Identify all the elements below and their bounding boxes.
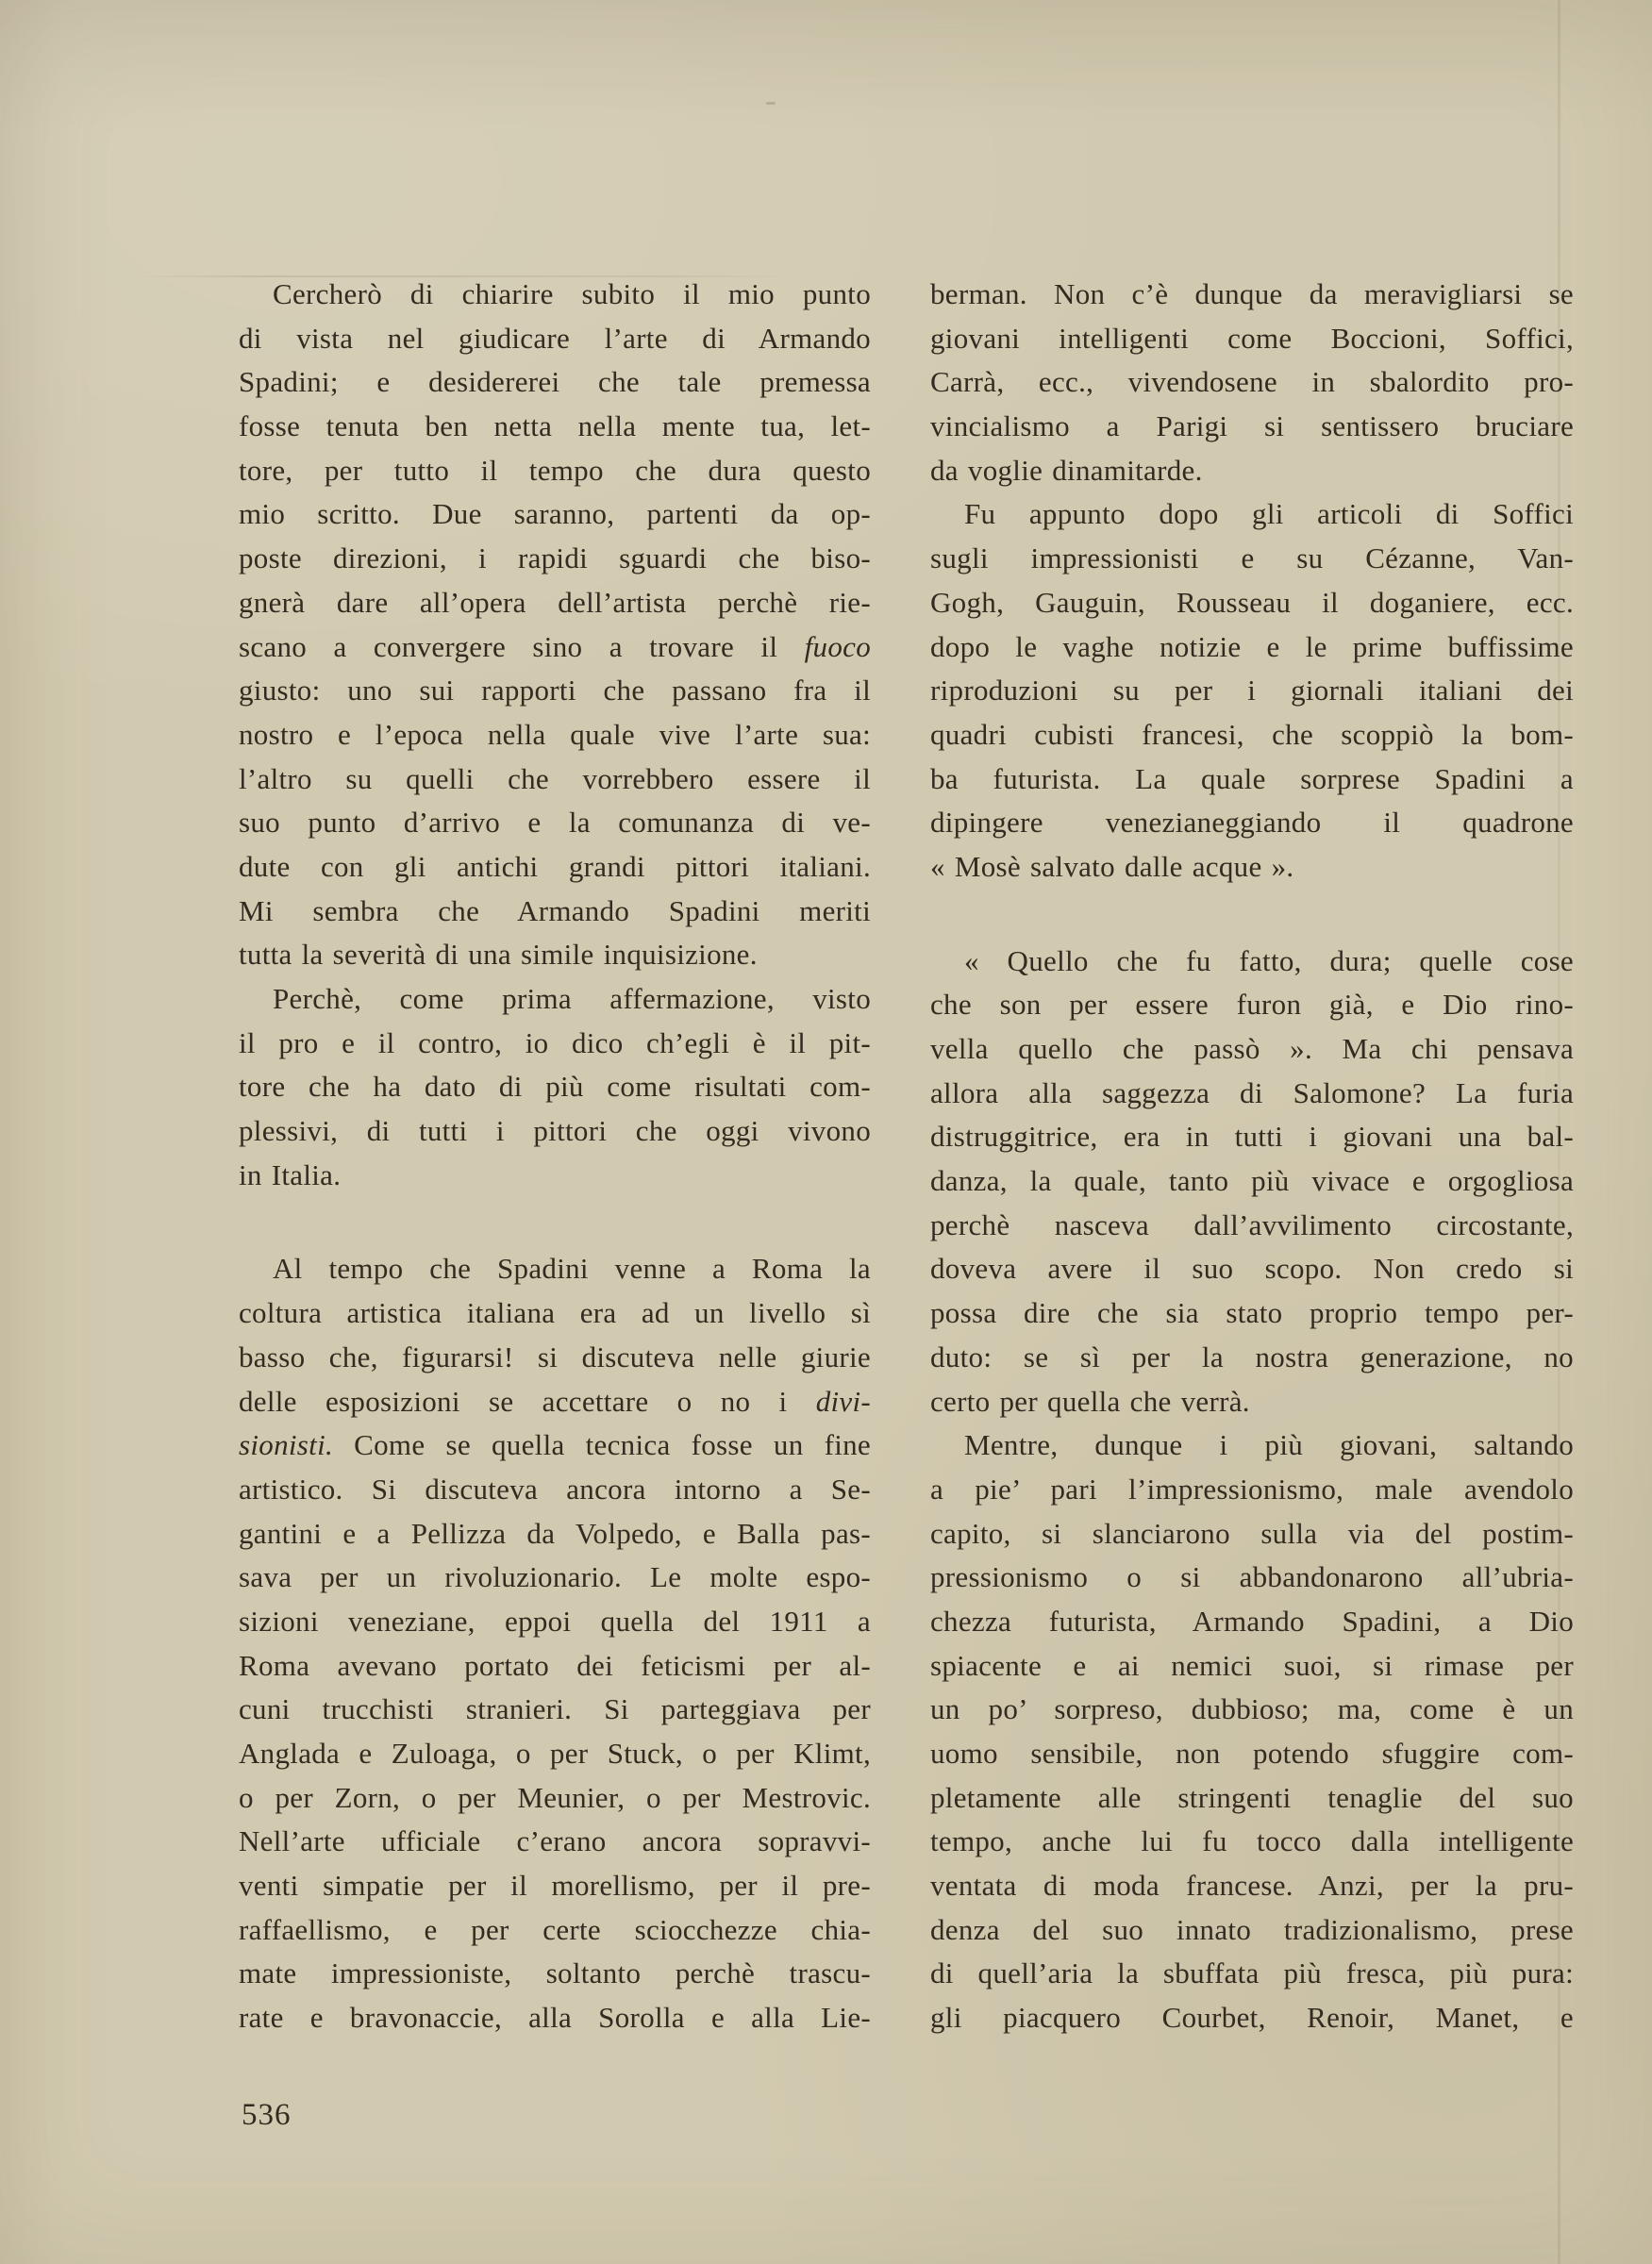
text-line: Al tempo che Spadini venne a Roma la	[239, 1247, 871, 1291]
text-line: Gogh, Gauguin, Rousseau il doganiere, ec…	[930, 581, 1574, 625]
text-line: duto: se sì per la nostra generazione, n…	[930, 1336, 1574, 1380]
text-line: plessivi, di tutti i pittori che oggi vi…	[239, 1109, 871, 1154]
text-line: rate e bravonaccie, alla Sorolla e alla …	[239, 1996, 871, 2040]
text-line: Roma avevano portato dei feticismi per a…	[239, 1644, 871, 1689]
text-line: spiacente e ai nemici suoi, si rimase pe…	[930, 1644, 1574, 1689]
text-line: cuni trucchisti stranieri. Si parteggiav…	[239, 1688, 871, 1732]
text-line: raffaellismo, e per certe sciocchezze ch…	[239, 1908, 871, 1953]
text-line: Mi sembra che Armando Spadini meriti	[239, 890, 871, 934]
text-line: doveva avere il suo scopo. Non credo si	[930, 1247, 1574, 1291]
left-text-column: Cercherò di chiarire subito il mio punto…	[239, 273, 871, 2040]
text-line: « Mosè salvato dalle acque ».	[930, 845, 1574, 890]
text-line: gli piacquero Courbet, Renoir, Manet, e	[930, 1996, 1574, 2040]
paper-smudge	[766, 102, 776, 105]
text-line: vincialismo a Parigi si sentissero bruci…	[930, 405, 1574, 449]
text-line: distruggitrice, era in tutti i giovani u…	[930, 1115, 1574, 1159]
text-line: basso che, figurarsi! si discuteva nelle…	[239, 1336, 871, 1380]
text-line: tempo, anche lui fu tocco dalla intellig…	[930, 1820, 1574, 1864]
text-line: da voglie dinamitarde.	[930, 449, 1574, 493]
text-line: allora alla saggezza di Salomone? La fur…	[930, 1072, 1574, 1116]
text-line: delle esposizioni se accettare o no i di…	[239, 1380, 871, 1424]
text-line: sava per un rivoluzionario. Le molte esp…	[239, 1556, 871, 1600]
text-line: chezza futurista, Armando Spadini, a Dio	[930, 1600, 1574, 1644]
text-line: dute con gli antichi grandi pittori ital…	[239, 845, 871, 890]
text-line: che son per essere furon già, e Dio rino…	[930, 983, 1574, 1027]
text-line: danza, la quale, tanto più vivace e orgo…	[930, 1159, 1574, 1204]
text-line: « Quello che fu fatto, dura; quelle cose	[930, 940, 1574, 984]
text-line: dipingere venezianeggiando il quadrone	[930, 801, 1574, 845]
text-line: tutta la severità di una simile inquisiz…	[239, 933, 871, 977]
text-line: venti simpatie per il morellismo, per il…	[239, 1864, 871, 1908]
text-line: di vista nel giudicare l’arte di Armando	[239, 317, 871, 361]
text-line: Fu appunto dopo gli articoli di Soffici	[930, 492, 1574, 537]
text-line: Cercherò di chiarire subito il mio punto	[239, 273, 871, 317]
text-line: il pro e il contro, io dico ch’egli è il…	[239, 1022, 871, 1066]
text-line: vella quello che passò ». Ma chi pensava	[930, 1027, 1574, 1072]
text-line: sionisti. Come se quella tecnica fosse u…	[239, 1423, 871, 1468]
text-line: uomo sensibile, non potendo sfuggire com…	[930, 1732, 1574, 1776]
text-line: capito, si slanciarono sulla via del pos…	[930, 1512, 1574, 1556]
text-line: tore, per tutto il tempo che dura questo	[239, 449, 871, 493]
text-line: riproduzioni su per i giornali italiani …	[930, 669, 1574, 713]
text-line: possa dire che sia stato proprio tempo p…	[930, 1291, 1574, 1336]
text-line: denza del suo innato tradizionalismo, pr…	[930, 1908, 1574, 1953]
text-line: artistico. Si discuteva ancora intorno a…	[239, 1468, 871, 1512]
page-number: 536	[242, 2098, 292, 2133]
text-line: Spadini; e desidererei che tale premessa	[239, 360, 871, 405]
text-line: sugli impressionisti e su Cézanne, Van-	[930, 537, 1574, 581]
text-line: mio scritto. Due saranno, partenti da op…	[239, 492, 871, 537]
text-line: quadri cubisti francesi, che scoppiò la …	[930, 713, 1574, 757]
text-line: Perchè, come prima affermazione, visto	[239, 977, 871, 1022]
text-line: tore che ha dato di più come risultati c…	[239, 1065, 871, 1109]
text-line: gantini e a Pellizza da Volpedo, e Balla…	[239, 1512, 871, 1556]
text-line: l’altro su quelli che vorrebbero essere …	[239, 757, 871, 802]
text-line: a pie’ pari l’impressionismo, male avend…	[930, 1468, 1574, 1512]
text-line: sizioni veneziane, eppoi quella del 1911…	[239, 1600, 871, 1644]
text-line: suo punto d’arrivo e la comunanza di ve-	[239, 801, 871, 845]
scanned-book-page: { "document": { "kind": "scanned-book-pa…	[0, 0, 1652, 2264]
text-line: Carrà, ecc., vivendosene in sbalordito p…	[930, 360, 1574, 405]
text-line: o per Zorn, o per Meunier, o per Mestrov…	[239, 1776, 871, 1821]
page-background: Cercherò di chiarire subito il mio punto…	[0, 0, 1652, 2264]
text-line: gnerà dare all’opera dell’artista perchè…	[239, 581, 871, 625]
text-line: giovani intelligenti come Boccioni, Soff…	[930, 317, 1574, 361]
text-line: scano a convergere sino a trovare il fuo…	[239, 625, 871, 670]
text-line: berman. Non c’è dunque da meravigliarsi …	[930, 273, 1574, 317]
text-line: Mentre, dunque i più giovani, saltando	[930, 1423, 1574, 1468]
text-line: pressionismo o si abbandonarono all’ubri…	[930, 1556, 1574, 1600]
text-line: Nell’arte ufficiale c’erano ancora sopra…	[239, 1820, 871, 1864]
text-line: perchè nasceva dall’avvilimento circosta…	[930, 1204, 1574, 1248]
text-line: ba futurista. La quale sorprese Spadini …	[930, 757, 1574, 802]
text-line: nostro e l’epoca nella quale vive l’arte…	[239, 713, 871, 757]
text-line: coltura artistica italiana era ad un liv…	[239, 1291, 871, 1336]
text-line: giusto: uno sui rapporti che passano fra…	[239, 669, 871, 713]
text-line: pletamente alle stringenti tenaglie del …	[930, 1776, 1574, 1821]
text-line: poste direzioni, i rapidi sguardi che bi…	[239, 537, 871, 581]
text-line: mate impressioniste, soltanto perchè tra…	[239, 1952, 871, 1996]
text-line: un po’ sorpreso, dubbioso; ma, come è un	[930, 1688, 1574, 1732]
text-line: di quell’aria la sbuffata più fresca, pi…	[930, 1952, 1574, 1996]
text-line: Anglada e Zuloaga, o per Stuck, o per Kl…	[239, 1732, 871, 1776]
text-line: certo per quella che verrà.	[930, 1380, 1574, 1424]
text-line: dopo le vaghe notizie e le prime buffiss…	[930, 625, 1574, 670]
text-line: in Italia.	[239, 1154, 871, 1198]
text-line: fosse tenuta ben netta nella mente tua, …	[239, 405, 871, 449]
right-text-column: berman. Non c’è dunque da meravigliarsi …	[930, 273, 1574, 2040]
text-line: ventata di moda francese. Anzi, per la p…	[930, 1864, 1574, 1908]
